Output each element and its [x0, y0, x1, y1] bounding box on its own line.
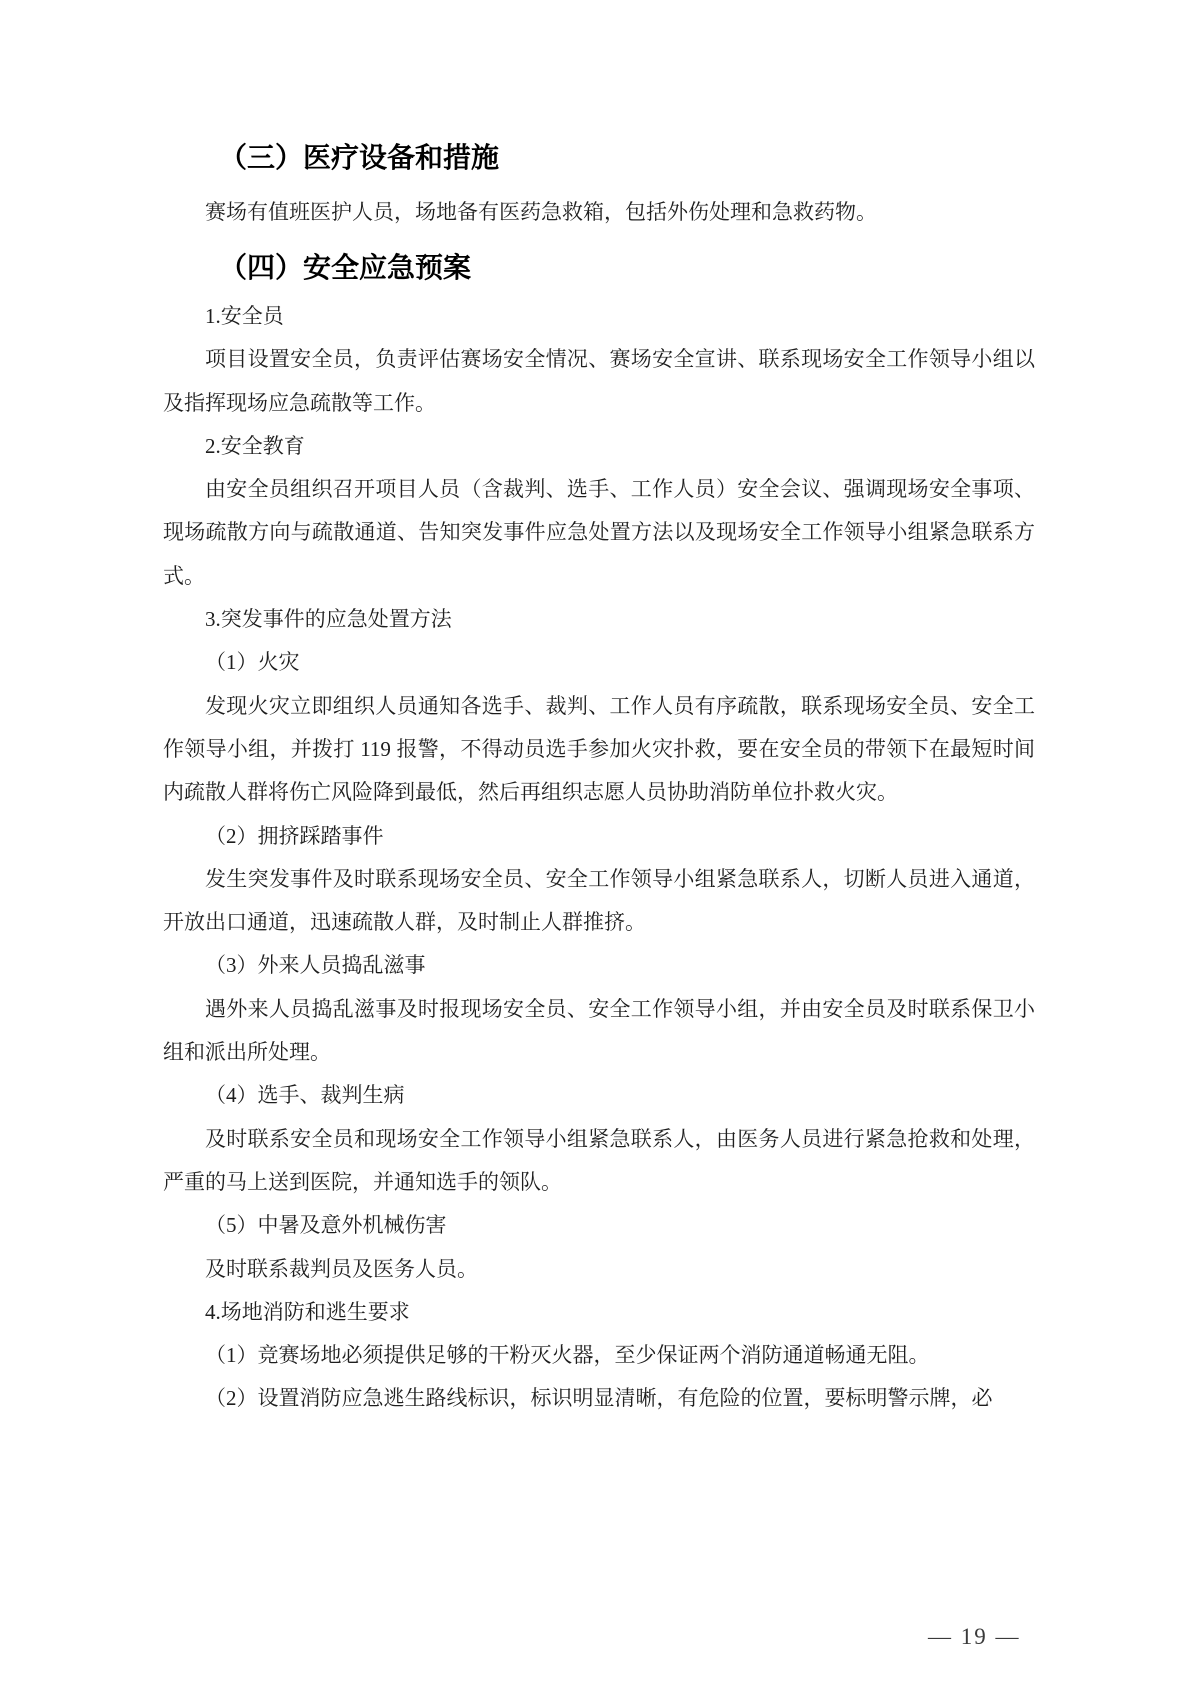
list-item-title: （2）拥挤踩踏事件: [163, 815, 1035, 858]
section-heading: （三）医疗设备和措施: [163, 130, 1035, 185]
list-item-title: （4）选手、裁判生病: [163, 1074, 1035, 1117]
paragraph: 发现火灾立即组织人员通知各选手、裁判、工作人员有序疏散，联系现场安全员、安全工作…: [163, 685, 1035, 815]
paragraph: 及时联系裁判员及医务人员。: [163, 1248, 1035, 1291]
section-heading: （四）安全应急预案: [163, 240, 1035, 295]
list-item-title: 1.安全员: [163, 295, 1035, 338]
paragraph: 项目设置安全员，负责评估赛场安全情况、赛场安全宣讲、联系现场安全工作领导小组以及…: [163, 338, 1035, 425]
list-item-title: （5）中暑及意外机械伤害: [163, 1204, 1035, 1247]
paragraph: 赛场有值班医护人员，场地备有医药急救箱，包括外伤处理和急救药物。: [163, 185, 1035, 240]
document-page: （三）医疗设备和措施赛场有值班医护人员，场地备有医药急救箱，包括外伤处理和急救药…: [0, 0, 1199, 1696]
paragraph: （1）竞赛场地必须提供足够的干粉灭火器，至少保证两个消防通道畅通无阻。: [163, 1334, 1035, 1377]
page-footer: — 19 —: [928, 1620, 1021, 1654]
paragraph: 由安全员组织召开项目人员（含裁判、选手、工作人员）安全会议、强调现场安全事项、现…: [163, 468, 1035, 598]
list-item-title: （1）火灾: [163, 641, 1035, 684]
document-body: （三）医疗设备和措施赛场有值班医护人员，场地备有医药急救箱，包括外伤处理和急救药…: [163, 130, 1035, 1421]
paragraph: （2）设置消防应急逃生路线标识，标识明显清晰，有危险的位置，要标明警示牌，必: [163, 1377, 1035, 1420]
list-item-title: （3）外来人员捣乱滋事: [163, 944, 1035, 987]
list-item-title: 4.场地消防和逃生要求: [163, 1291, 1035, 1334]
paragraph: 发生突发事件及时联系现场安全员、安全工作领导小组紧急联系人，切断人员进入通道，开…: [163, 858, 1035, 945]
list-item-title: 3.突发事件的应急处置方法: [163, 598, 1035, 641]
page-number: — 19 —: [928, 1624, 1021, 1649]
list-item-title: 2.安全教育: [163, 425, 1035, 468]
paragraph: 遇外来人员捣乱滋事及时报现场安全员、安全工作领导小组，并由安全员及时联系保卫小组…: [163, 988, 1035, 1075]
paragraph: 及时联系安全员和现场安全工作领导小组紧急联系人，由医务人员进行紧急抢救和处理，严…: [163, 1118, 1035, 1205]
